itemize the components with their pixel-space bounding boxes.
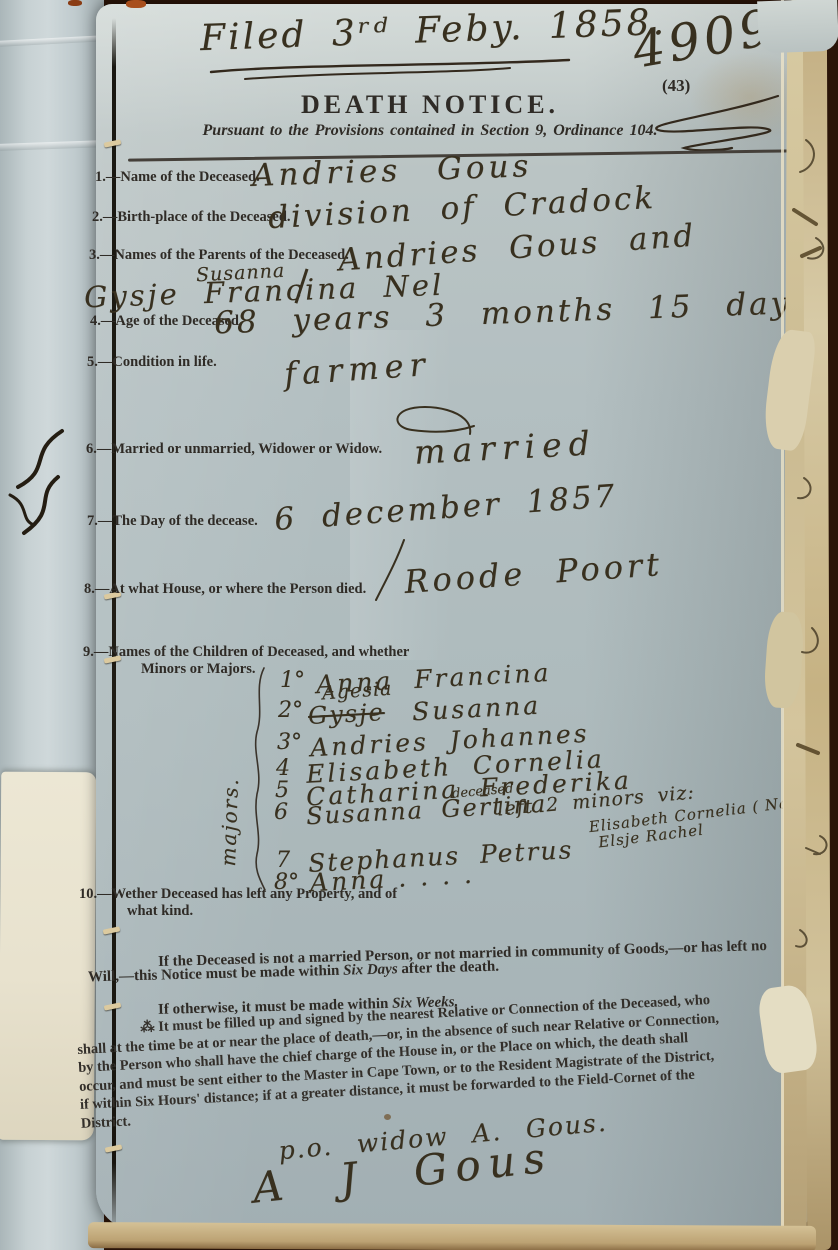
bottom-page-edge — [88, 1222, 816, 1250]
field-8-label: 8.—At what House, or where the Person di… — [84, 581, 366, 598]
field-9-label-line2: Minors or Majors. — [141, 661, 256, 678]
binding-speck — [68, 0, 82, 6]
field-9-label: 9.—Names of the Children of Deceased, an… — [83, 644, 409, 661]
children-brace — [250, 666, 268, 892]
field-10-label: 10.—Wether Deceased has left any Propert… — [79, 886, 397, 903]
married-flourish — [386, 400, 478, 442]
note-six-days-em: Six Days — [343, 961, 398, 978]
filed-underline-flourish — [205, 56, 575, 82]
left-margin-ink-flourish — [0, 425, 70, 543]
form-subtitle: Pursuant to the Provisions contained in … — [110, 122, 750, 140]
field-2-label: 2.—Birth-place of the Deceased. — [92, 209, 291, 226]
child-1-number: 1° — [280, 668, 305, 693]
child-2-struck-name: Gysje — [307, 698, 385, 730]
binding-speck — [126, 0, 146, 8]
form-title: DEATH NOTICE. — [140, 90, 720, 120]
field-1-label: 1.—Name of the Deceased. — [95, 169, 260, 186]
child-2-number: 2° — [278, 698, 303, 723]
note-six-days-post: after the death. — [397, 959, 499, 978]
scanned-death-notice-photo: Filed 3ʳᵈ Feby. 1858. 4909. (43) DEATH N… — [0, 0, 838, 1250]
child-3-number: 3° — [277, 730, 302, 755]
field-10-label-line2: what kind. — [127, 903, 193, 920]
field-7-label: 7.—The Day of the decease. — [87, 513, 258, 530]
child-6-number: 6 — [274, 800, 288, 825]
field-5-label: 5.—Condition in life. — [87, 354, 217, 371]
right-edge-ink-marks — [786, 0, 838, 1250]
field-6-label: 6.—Married or unmarried, Widower or Wido… — [86, 441, 382, 458]
children-majors-note: majors. — [216, 777, 243, 867]
field-3-label: 3.—Names of the Parents of the Deceased. — [89, 247, 349, 264]
